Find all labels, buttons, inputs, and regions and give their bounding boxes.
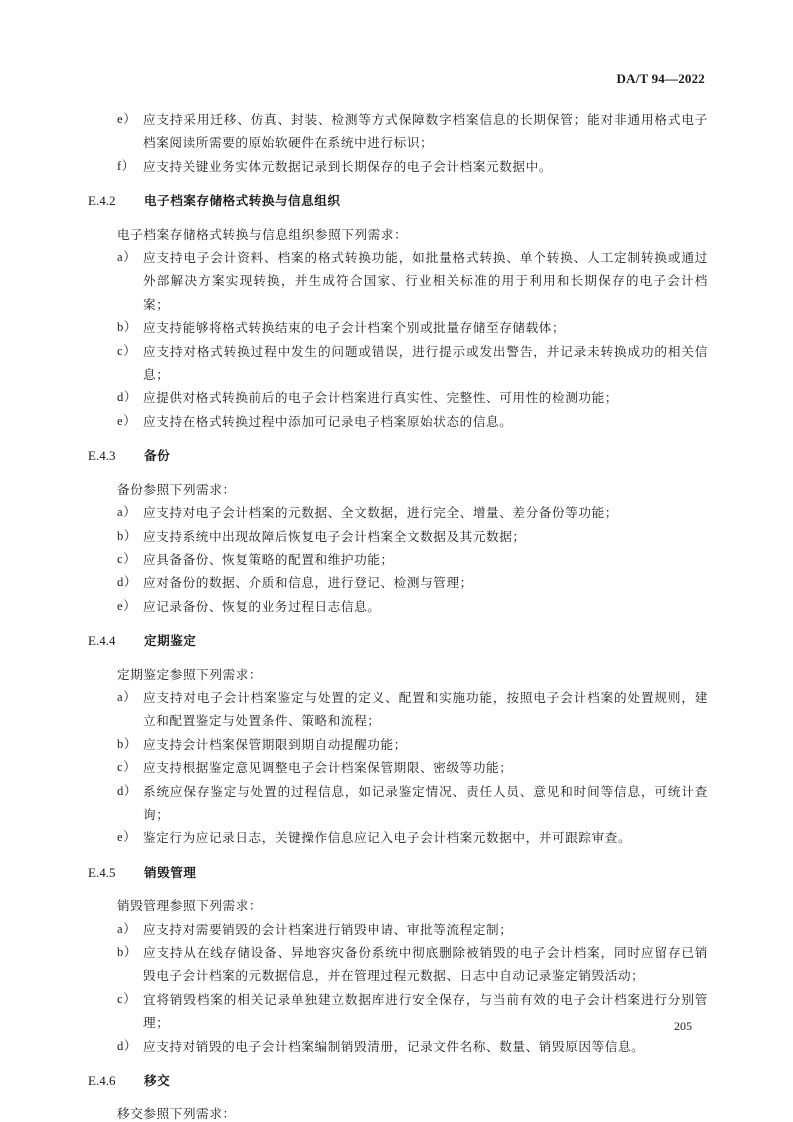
list-marker: a） [117, 501, 136, 524]
list-marker: d） [117, 386, 137, 409]
list-marker: a） [117, 918, 136, 941]
list-item: e） 应支持采用迁移、仿真、封装、检测等方式保障数字档案信息的长期保管；能对非通… [88, 108, 708, 155]
list-text: 应提供对格式转换前后的电子会计档案进行真实性、完整性、可用性的检测功能； [143, 390, 618, 405]
list-text: 应具备备份、恢复策略的配置和维护功能； [143, 552, 394, 567]
section-lead: 备份参照下列需求： [88, 478, 708, 501]
list-marker: e） [117, 108, 136, 131]
list-text: 应记录备份、恢复的业务过程日志信息。 [143, 599, 381, 614]
list-marker: b） [117, 316, 137, 339]
list-text: 应支持对电子会计档案鉴定与处置的定义、配置和实施功能，按照电子会计档案的处置规则… [143, 690, 708, 728]
list-item: e）应记录备份、恢复的业务过程日志信息。 [88, 595, 708, 618]
list-marker: d） [117, 571, 137, 594]
section-heading: E.4.4定期鉴定 [88, 629, 708, 652]
list-item: c）应支持根据鉴定意见调整电子会计档案保管期限、密级等功能； [88, 756, 708, 779]
list-marker: b） [117, 525, 137, 548]
list-text: 应支持在格式转换过程中添加可记录电子档案原始状态的信息。 [143, 414, 512, 429]
list-item: d）应提供对格式转换前后的电子会计档案进行真实性、完整性、可用性的检测功能； [88, 386, 708, 409]
list-text: 鉴定行为应记录日志，关键操作信息应记入电子会计档案元数据中，并可跟踪审查。 [143, 830, 631, 845]
section-heading: E.4.2电子档案存储格式转换与信息组织 [88, 189, 708, 212]
list-marker: a） [117, 246, 136, 269]
list-text: 宜将销毁档案的相关记录单独建立数据库进行安全保存，与当前有效的电子会计档案进行分… [143, 992, 708, 1030]
list-item: a）应支持对电子会计档案鉴定与处置的定义、配置和实施功能，按照电子会计档案的处置… [88, 686, 708, 733]
section-title: 移交 [144, 1073, 170, 1088]
list-text: 应支持根据鉴定意见调整电子会计档案保管期限、密级等功能； [143, 760, 512, 775]
list-text: 应支持电子会计资料、档案的格式转换功能，如批量格式转换、单个转换、人工定制转换或… [143, 250, 708, 312]
list-text: 应支持对格式转换过程中发生的问题或错误，进行提示或发出警告，并记录未转换成功的相… [143, 344, 708, 382]
list-item: a）应支持对电子会计档案的元数据、全文数据，进行完全、增量、差分备份等功能； [88, 501, 708, 524]
list-item: c）宜将销毁档案的相关记录单独建立数据库进行安全保存，与当前有效的电子会计档案进… [88, 988, 708, 1035]
section-number: E.4.5 [88, 861, 144, 884]
section-lead: 销毁管理参照下列需求： [88, 894, 708, 917]
list-item: e）鉴定行为应记录日志，关键操作信息应记入电子会计档案元数据中，并可跟踪审查。 [88, 826, 708, 849]
list-item: d）系统应保存鉴定与处置的过程信息，如记录鉴定情况、责任人员、意见和时间等信息，… [88, 780, 708, 827]
list-text: 应支持对电子会计档案的元数据、全文数据，进行完全、增量、差分备份等功能； [143, 505, 618, 520]
list-item: a）应支持电子会计资料、档案的格式转换功能，如批量格式转换、单个转换、人工定制转… [88, 246, 708, 316]
list-text: 应支持从在线存储设备、异地容灾备份系统中彻底删除被销毁的电子会计档案，同时应留存… [143, 945, 708, 983]
list-marker: a） [117, 686, 136, 709]
list-text: 应支持会计档案保管期限到期自动提醒功能； [143, 737, 407, 752]
list-marker: d） [117, 780, 137, 803]
list-marker: b） [117, 733, 137, 756]
list-marker: e） [117, 826, 136, 849]
section-number: E.4.6 [88, 1069, 144, 1092]
list-item: c）应支持对格式转换过程中发生的问题或错误，进行提示或发出警告，并记录未转换成功… [88, 340, 708, 387]
list-text: 应支持采用迁移、仿真、封装、检测等方式保障数字档案信息的长期保管；能对非通用格式… [143, 112, 708, 150]
list-item: b）应支持会计档案保管期限到期自动提醒功能； [88, 733, 708, 756]
list-marker: e） [117, 595, 136, 618]
list-item: d）应支持对销毁的电子会计档案编制销毁清册，记录文件名称、数量、销毁原因等信息。 [88, 1035, 708, 1058]
document-page: DA/T 94—2022 e） 应支持采用迁移、仿真、封装、检测等方式保障数字档… [0, 0, 793, 1122]
section-number: E.4.3 [88, 444, 144, 467]
list-item: a）应支持对需要销毁的会计档案进行销毁申请、审批等流程定制； [88, 918, 708, 941]
list-text: 系统应保存鉴定与处置的过程信息，如记录鉴定情况、责任人员、意见和时间等信息，可统… [143, 784, 708, 822]
list-item: e）应支持在格式转换过程中添加可记录电子档案原始状态的信息。 [88, 410, 708, 433]
list-text: 应支持对销毁的电子会计档案编制销毁清册，记录文件名称、数量、销毁原因等信息。 [143, 1039, 644, 1054]
list-marker: c） [117, 340, 136, 363]
page-number: 205 [674, 1019, 692, 1034]
list-text: 应对备份的数据、介质和信息，进行登记、检测与管理； [143, 575, 473, 590]
section-number: E.4.4 [88, 629, 144, 652]
section-number: E.4.2 [88, 189, 144, 212]
section-lead: 电子档案存储格式转换与信息组织参照下列需求： [88, 223, 708, 246]
list-text: 应支持系统中出现故障后恢复电子会计档案全文数据及其元数据； [143, 529, 526, 544]
section-lead: 定期鉴定参照下列需求： [88, 663, 708, 686]
list-item: b）应支持从在线存储设备、异地容灾备份系统中彻底删除被销毁的电子会计档案，同时应… [88, 941, 708, 988]
list-text: 应支持对需要销毁的会计档案进行销毁申请、审批等流程定制； [143, 922, 512, 937]
list-marker: f） [117, 155, 135, 178]
list-item: f） 应支持关键业务实体元数据记录到长期保存的电子会计档案元数据中。 [88, 155, 708, 178]
list-marker: d） [117, 1035, 137, 1058]
list-text: 应支持能够将格式转换结束的电子会计档案个别或批量存储至存储载体； [143, 320, 565, 335]
list-marker: c） [117, 548, 136, 571]
list-item: c）应具备备份、恢复策略的配置和维护功能； [88, 548, 708, 571]
list-marker: b） [117, 941, 137, 964]
list-item: d）应对备份的数据、介质和信息，进行登记、检测与管理； [88, 571, 708, 594]
list-marker: c） [117, 756, 136, 779]
section-heading: E.4.5销毁管理 [88, 861, 708, 884]
document-body: e） 应支持采用迁移、仿真、封装、检测等方式保障数字档案信息的长期保管；能对非通… [88, 108, 708, 1122]
list-marker: e） [117, 410, 136, 433]
section-title: 电子档案存储格式转换与信息组织 [144, 193, 340, 208]
section-heading: E.4.6移交 [88, 1069, 708, 1092]
section-title: 定期鉴定 [144, 633, 196, 648]
section-lead: 移交参照下列需求： [88, 1102, 708, 1122]
list-item: b）应支持能够将格式转换结束的电子会计档案个别或批量存储至存储载体； [88, 316, 708, 339]
list-text: 应支持关键业务实体元数据记录到长期保存的电子会计档案元数据中。 [143, 159, 552, 174]
section-heading: E.4.3备份 [88, 444, 708, 467]
list-marker: c） [117, 988, 136, 1011]
section-title: 备份 [144, 448, 170, 463]
standard-code: DA/T 94—2022 [617, 71, 705, 87]
section-title: 销毁管理 [144, 865, 196, 880]
list-item: b）应支持系统中出现故障后恢复电子会计档案全文数据及其元数据； [88, 525, 708, 548]
